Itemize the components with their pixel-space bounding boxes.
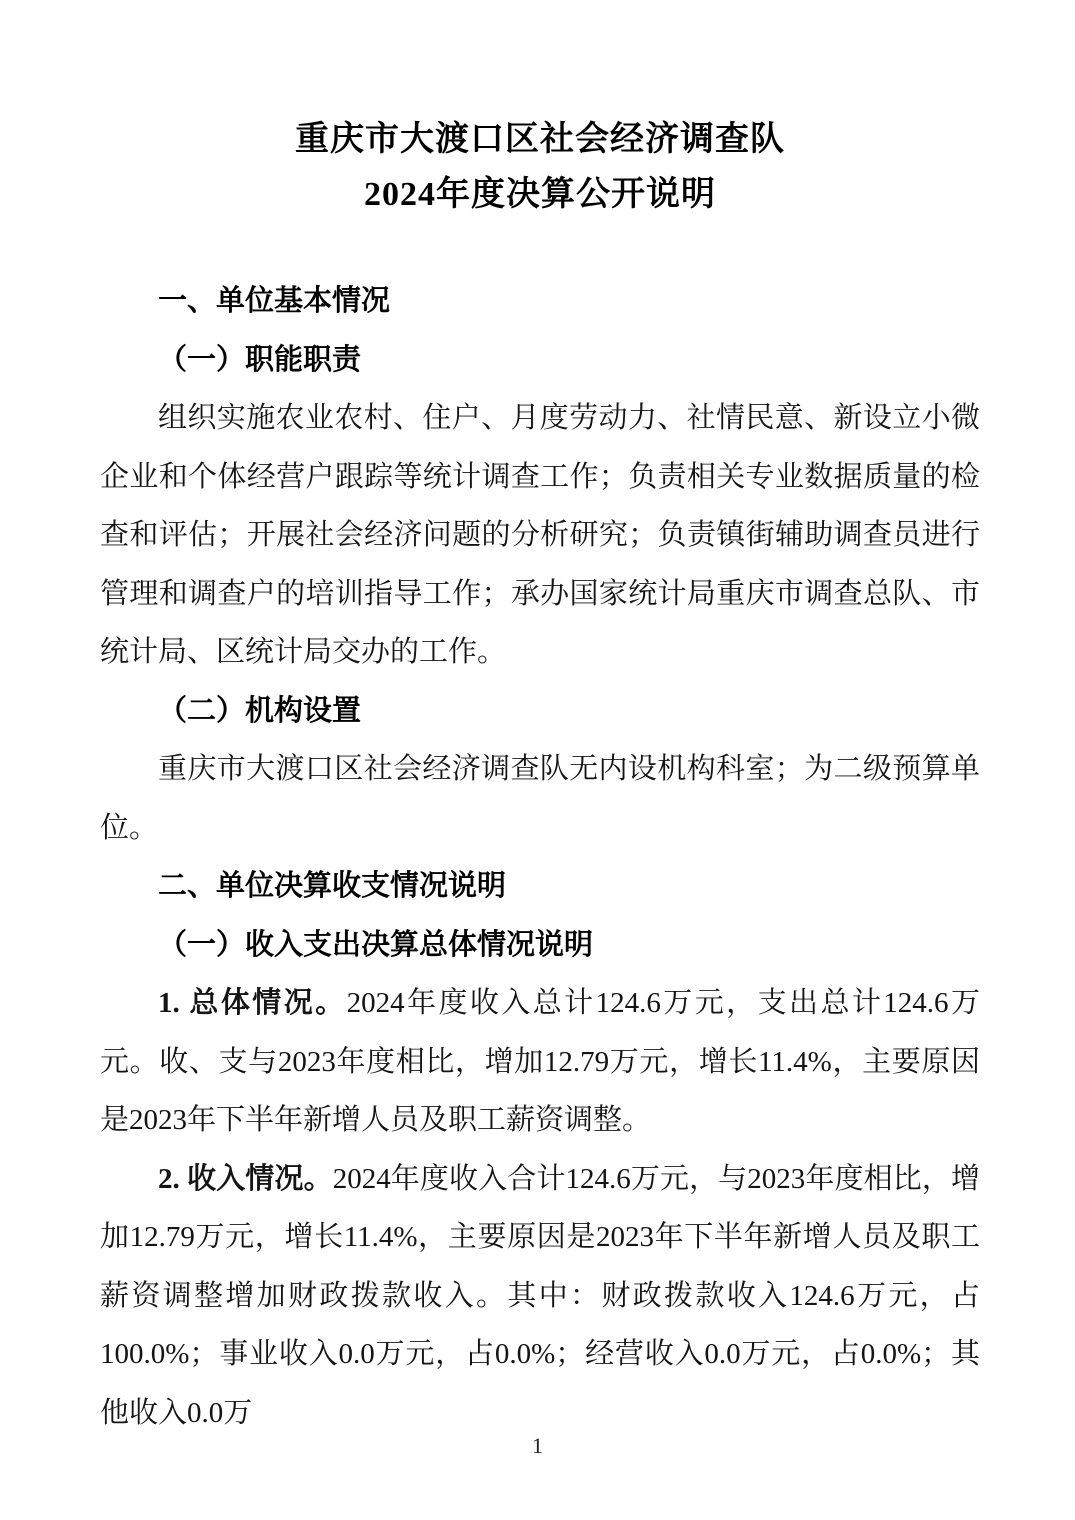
organization-setup-paragraph: 重庆市大渡口区社会经济调查队无内设机构科室；为二级预算单位。: [100, 740, 980, 857]
document-page: 重庆市大渡口区社会经济调查队 2024年度决算公开说明 一、单位基本情况 （一）…: [0, 0, 1075, 1520]
document-title: 重庆市大渡口区社会经济调查队 2024年度决算公开说明: [100, 112, 980, 222]
page-number: 1: [0, 1430, 1075, 1462]
section-2-1-heading: （一）收入支出决算总体情况说明: [100, 916, 980, 975]
overall-situation-paragraph: 1. 总体情况。2024年度收入总计124.6万元，支出总计124.6万元。收、…: [100, 974, 980, 1150]
functions-duties-paragraph: 组织实施农业农村、住户、月度劳动力、社情民意、新设立小微企业和个体经营户跟踪等统…: [100, 389, 980, 682]
section-1-heading: 一、单位基本情况: [100, 272, 980, 331]
section-2-heading: 二、单位决算收支情况说明: [100, 857, 980, 916]
section-1-1-heading: （一）职能职责: [100, 331, 980, 390]
income-situation-label: 2. 收入情况。: [158, 1163, 333, 1195]
income-situation-paragraph: 2. 收入情况。2024年度收入合计124.6万元，与2023年度相比，增加12…: [100, 1150, 980, 1443]
title-line-1: 重庆市大渡口区社会经济调查队: [100, 112, 980, 167]
section-1-2-heading: （二）机构设置: [100, 682, 980, 741]
income-situation-text: 2024年度收入合计124.6万元，与2023年度相比，增加12.79万元，增长…: [100, 1163, 980, 1429]
title-line-2: 2024年度决算公开说明: [100, 167, 980, 222]
overall-situation-label: 1. 总体情况。: [158, 987, 347, 1019]
